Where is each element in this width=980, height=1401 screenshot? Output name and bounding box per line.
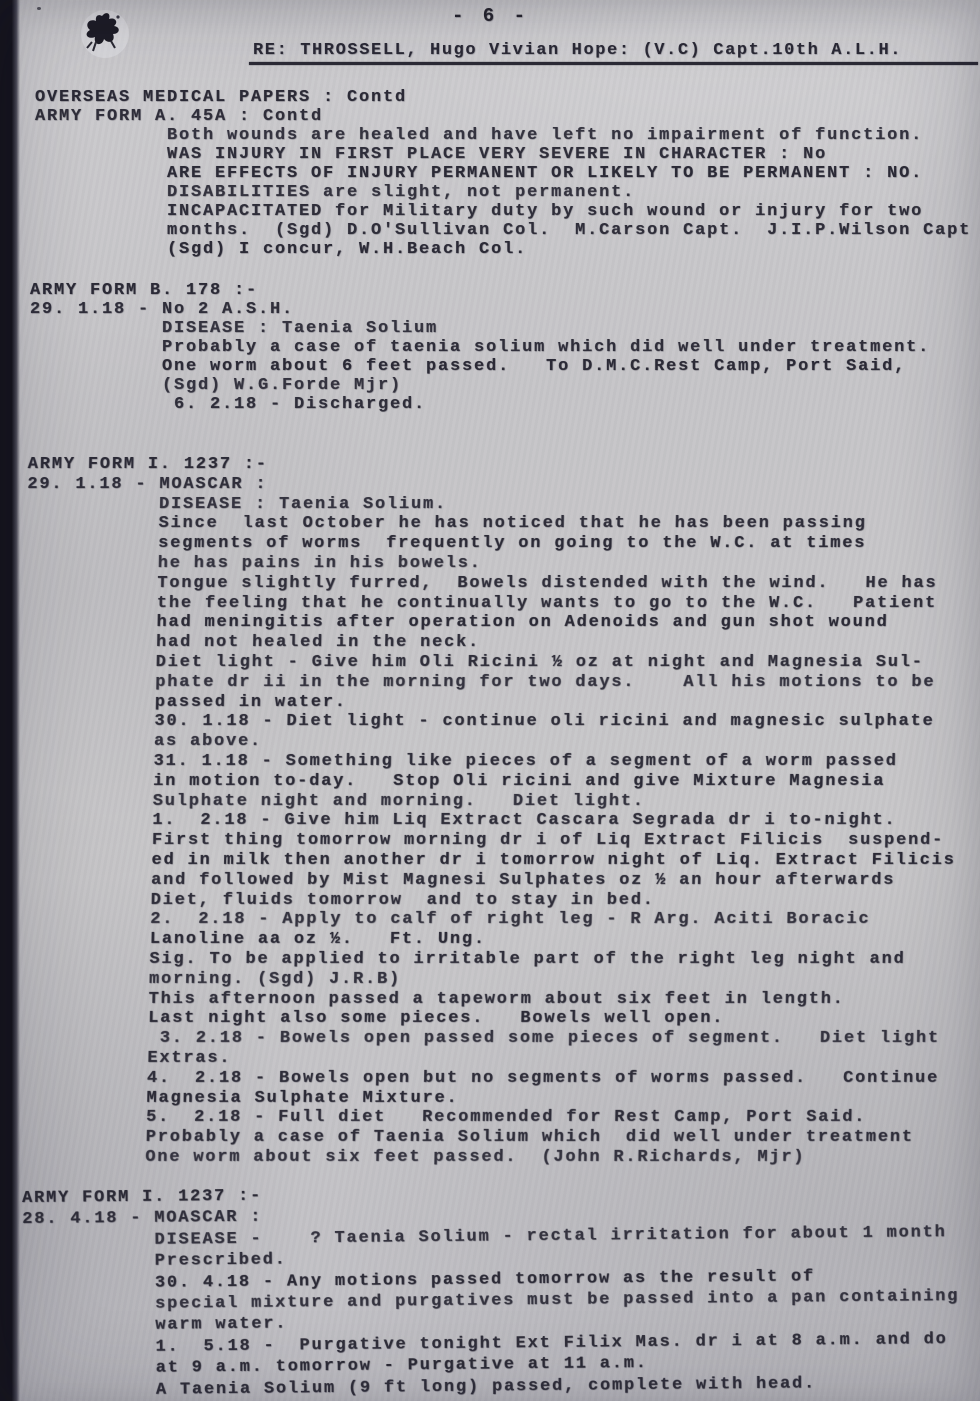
text-line: ARMY FORM B. 178 :-	[30, 281, 930, 300]
text-line: had not healed in the neck.	[24, 633, 961, 653]
text-line: 3. 2.18 - Bowels open passed some pieces…	[16, 1029, 953, 1049]
text-line: One worm about 6 feet passed. To D.M.C.R…	[30, 357, 930, 376]
text-line: and followed by Mist Magnesi Sulphates o…	[19, 871, 956, 891]
text-line: 29. 1.18 - No 2 A.S.H.	[30, 300, 930, 319]
text-line: in motion to-day. Stop Oli ricini and gi…	[21, 772, 958, 792]
text-line: DISEASE : Taenia Solium	[30, 319, 930, 338]
text-line: ARMY FORM A. 45A : Contd	[35, 107, 971, 126]
text-line: ARMY FORM I. 1237 :-	[28, 455, 965, 475]
text-line: ed in milk then another dr i tomorrow ni…	[19, 851, 956, 871]
text-line: 2. 2.18 - Apply to calf of right leg - R…	[18, 910, 955, 930]
section-army-form-i-1237-jan: ARMY FORM I. 1237 :-29. 1.18 - MOASCAR :…	[13, 455, 964, 1168]
text-line: Tongue slightly furred, Bowels distended…	[25, 574, 962, 594]
text-line: DISEASE : Taenia Solium.	[27, 495, 964, 515]
text-line: 5. 2.18 - Full diet Recommended for Rest…	[14, 1108, 951, 1128]
text-line: 30. 1.18 - Diet light - continue oli ric…	[22, 712, 959, 732]
ink-blot-mark	[80, 8, 132, 60]
title-underline	[249, 62, 978, 65]
page-number: - 6 -	[452, 5, 529, 27]
text-line: This afternoon passed a tapeworm about s…	[16, 990, 953, 1010]
text-line: Since last October he has noticed that h…	[26, 514, 963, 534]
text-line: Extras.	[15, 1049, 952, 1069]
text-line: INCAPACITATED for Military duty by such …	[35, 202, 971, 221]
text-line: Probably a case of Taenia Solium which d…	[13, 1128, 950, 1148]
text-line: morning. (Sgd) J.R.B)	[17, 970, 954, 990]
document-page: - 6 - RE: THROSSELL, Hugo Vivian Hope: (…	[0, 0, 980, 1401]
text-line: Sulphate night and morning. Diet light.	[21, 792, 958, 812]
text-line: as above.	[22, 732, 959, 752]
text-line: Last night also some pieces. Bowels well…	[16, 1009, 953, 1029]
text-line: 6. 2.18 - Discharged.	[30, 395, 930, 414]
text-line: Magnesia Sulphate Mixture.	[14, 1089, 951, 1109]
text-line: First thing tomorrow morning dr i of Liq…	[20, 831, 957, 851]
document-title: RE: THROSSELL, Hugo Vivian Hope: (V.C) C…	[253, 41, 902, 60]
text-line: 31. 1.18 - Something like pieces of a se…	[21, 752, 958, 772]
section-army-form-b-178: ARMY FORM B. 178 :-29. 1.18 - No 2 A.S.H…	[30, 281, 930, 414]
text-line: had meningitis after operation on Adenoi…	[24, 613, 961, 633]
text-line: Diet light - Give him Oli Ricini ½ oz at…	[23, 653, 960, 673]
paper-speck	[37, 7, 41, 10]
text-line: the feeling that he continually wants to…	[25, 594, 962, 614]
text-line: segments of worms frequently on going to…	[26, 534, 963, 554]
text-line: months. (Sgd) D.O'Sullivan Col. M.Carson…	[35, 221, 971, 240]
text-line: phate dr ii in the morning for two days.…	[23, 673, 960, 693]
scan-edge-left	[0, 0, 20, 1401]
section-overseas-medical-papers: OVERSEAS MEDICAL PAPERS : ContdARMY FORM…	[35, 88, 971, 259]
text-line: Both wounds are healed and have left no …	[35, 126, 971, 145]
text-line: ARE EFFECTS OF INJURY PERMANENT OR LIKEL…	[35, 164, 971, 183]
text-line: One worm about six feet passed. (John R.…	[13, 1148, 950, 1168]
text-line: Diet, fluids tomorrow and to stay in bed…	[18, 891, 955, 911]
text-line: Sig. To be applied to irritable part of …	[17, 950, 954, 970]
text-line: Lanoline aa oz ½. Ft. Ung.	[18, 930, 955, 950]
text-line: Probably a case of taenia solium which d…	[30, 338, 930, 357]
text-line: OVERSEAS MEDICAL PAPERS : Contd	[35, 88, 971, 107]
text-line: 4. 2.18 - Bowels open but no segments of…	[15, 1069, 952, 1089]
text-line: WAS INJURY IN FIRST PLACE VERY SEVERE IN…	[35, 145, 971, 164]
text-line: he has pains in his bowels.	[26, 554, 963, 574]
text-line: passed in water.	[23, 693, 960, 713]
text-line: 1. 2.18 - Give him Liq Extract Cascara S…	[20, 811, 957, 831]
text-line: 29. 1.18 - MOASCAR :	[27, 475, 964, 495]
text-line: (Sgd) W.G.Forde Mjr)	[30, 376, 930, 395]
text-line: (Sgd) I concur, W.H.Beach Col.	[35, 240, 971, 259]
text-line: DISABILITIES are slight, not permanent.	[35, 183, 971, 202]
section-army-form-i-1237-apr: ARMY FORM I. 1237 :-28. 4.18 - MOASCAR :…	[22, 1179, 960, 1401]
